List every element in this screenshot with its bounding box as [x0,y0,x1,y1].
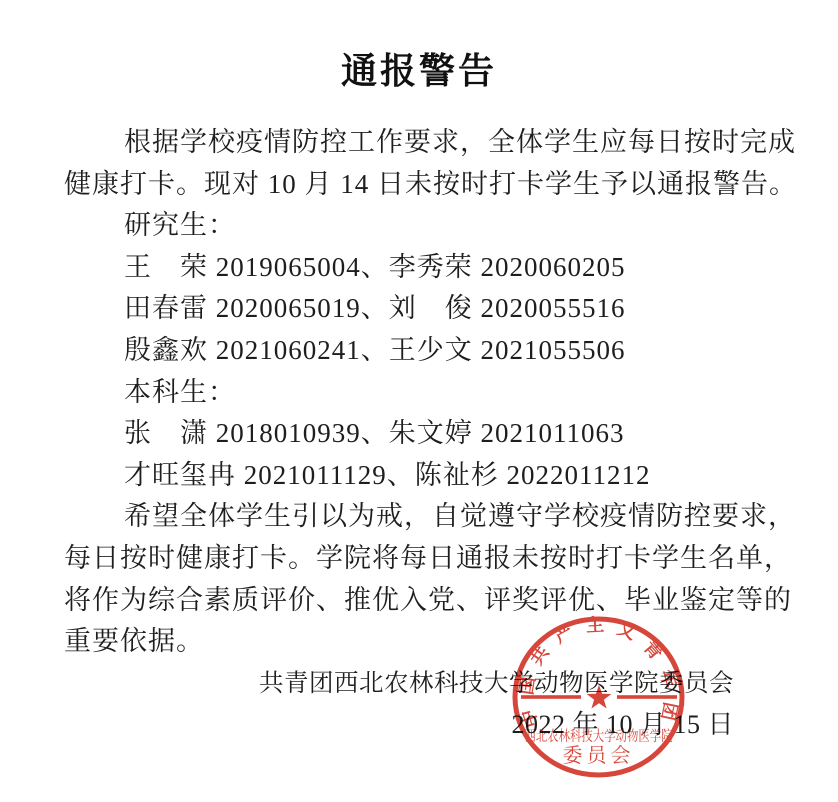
undergraduate-list-row: 才旺玺冉 2021011129、陈祉杉 2022011212 [64,455,778,497]
body-line: 希望全体学生引以为戒，自觉遵守学校疫情防控要求， [64,496,778,538]
document-body: 根据学校疫情防控工作要求，全体学生应每日按时完成 健康打卡。现对 10 月 14… [0,122,838,663]
body-line: 每日按时健康打卡。学院将每日通报未按时打卡学生名单， [64,538,778,580]
body-line: 根据学校疫情防控工作要求，全体学生应每日按时完成 [64,122,778,164]
body-line: 将作为综合素质评价、推优入党、评奖评优、毕业鉴定等的 [64,580,778,622]
graduate-list-row: 王 荣 2019065004、李秀荣 2020060205 [64,247,778,289]
notice-document: 通报警告 根据学校疫情防控工作要求，全体学生应每日按时完成 健康打卡。现对 10… [0,0,838,802]
document-title: 通报警告 [0,0,838,92]
graduate-list-row: 田春雷 2020065019、刘 俊 2020055516 [64,288,778,330]
signature-date: 2022 年 10 月 15 日 [0,704,734,746]
undergraduate-section-label: 本科生： [64,372,778,414]
undergraduate-list-row: 张 潇 2018010939、朱文婷 2021011063 [64,413,778,455]
body-line: 重要依据。 [64,621,778,663]
graduate-list-row: 殷鑫欢 2021060241、王少文 2021055506 [64,330,778,372]
signature-block: 共青团西北农林科技大学动物医学院委员会 2022 年 10 月 15 日 [0,663,838,746]
seal-committee-text: 委员会 [563,744,635,767]
body-line: 健康打卡。现对 10 月 14 日未按时打卡学生予以通报警告。 [64,164,778,206]
graduate-section-label: 研究生： [64,205,778,247]
signature-organization: 共青团西北农林科技大学动物医学院委员会 [0,663,734,705]
